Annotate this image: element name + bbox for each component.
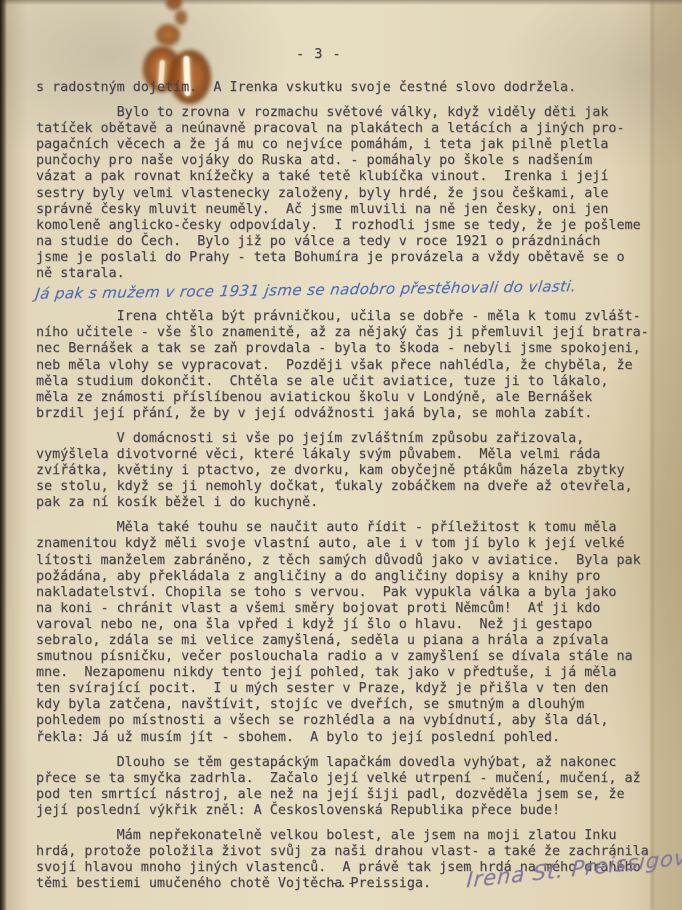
typed-paragraph-text: s radostným dojetím. A Irenka vskutku sv… bbox=[36, 80, 576, 95]
typed-paragraph: Měla také touhu se naučit auto řídit - p… bbox=[36, 520, 670, 745]
typed-paragraph-text: Bylo to zrovna v rozmachu světové války,… bbox=[36, 105, 641, 281]
handwritten-annotation: Já pak s mužem v roce 1931 jsme se nadob… bbox=[34, 278, 577, 302]
typed-paragraph-text: Dlouho se těm gestapáckým lapačkám doved… bbox=[36, 755, 641, 818]
rust-stain-dot bbox=[175, 10, 187, 25]
paper-top-edge bbox=[0, 0, 682, 5]
typed-paragraph-text: V domácnosti si vše po jejím zvláštním z… bbox=[36, 431, 633, 510]
typed-text-block: s radostným dojetím. A Irenka vskutku sv… bbox=[36, 80, 670, 901]
typed-paragraph: Bylo to zrovna v rozmachu světové války,… bbox=[36, 105, 670, 300]
paper-left-edge bbox=[0, 0, 7, 910]
typed-paragraph-text: Irena chtěla být právničkou, učila se do… bbox=[36, 309, 649, 421]
scanned-memoir-page: - 3 - s radostným dojetím. A Irenka vsku… bbox=[0, 0, 682, 910]
page-number: - 3 - bbox=[296, 46, 342, 62]
typed-paragraph-text: Měla také touhu se naučit auto řídit - p… bbox=[36, 520, 641, 744]
typed-paragraph: V domácnosti si vše po jejím zvláštním z… bbox=[36, 431, 670, 511]
typed-paragraph: s radostným dojetím. A Irenka vskutku sv… bbox=[36, 80, 670, 96]
rust-stain-dot bbox=[156, 24, 180, 46]
rust-stain-dot bbox=[166, 0, 182, 10]
typed-paragraph: Irena chtěla být právničkou, učila se do… bbox=[36, 309, 670, 422]
typed-paragraph: Dlouho se těm gestapáckým lapačkám doved… bbox=[36, 755, 670, 819]
end-mark: -.- bbox=[331, 876, 355, 891]
